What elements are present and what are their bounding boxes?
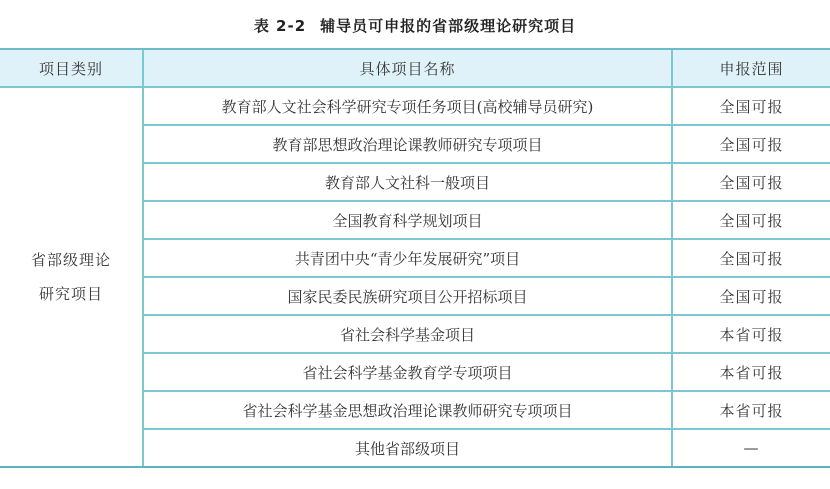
scope-cell: —	[672, 429, 830, 467]
scope-cell: 全国可报	[672, 125, 830, 163]
projects-table: 项目类别 具体项目名称 申报范围 省部级理论 研究项目 教育部人文社会科学研究专…	[0, 48, 830, 468]
header-project-name: 具体项目名称	[143, 49, 672, 87]
project-name-cell: 其他省部级项目	[143, 429, 672, 467]
project-name-cell: 教育部人文社科一般项目	[143, 163, 672, 201]
project-name-cell: 省社会科学基金教育学专项项目	[143, 353, 672, 391]
scope-cell: 全国可报	[672, 163, 830, 201]
category-cell: 省部级理论 研究项目	[0, 87, 143, 467]
scope-cell: 全国可报	[672, 277, 830, 315]
scope-cell: 全国可报	[672, 87, 830, 125]
project-name-cell: 国家民委民族研究项目公开招标项目	[143, 277, 672, 315]
scope-cell: 本省可报	[672, 315, 830, 353]
project-name-cell: 教育部人文社会科学研究专项任务项目(高校辅导员研究)	[143, 87, 672, 125]
header-scope: 申报范围	[672, 49, 830, 87]
scope-cell: 本省可报	[672, 353, 830, 391]
project-name-cell: 教育部思想政治理论课教师研究专项项目	[143, 125, 672, 163]
project-name-cell: 共青团中央“青少年发展研究”项目	[143, 239, 672, 277]
scope-cell: 本省可报	[672, 391, 830, 429]
project-name-cell: 省社会科学基金思想政治理论课教师研究专项项目	[143, 391, 672, 429]
table-title: 辅导员可申报的省部级理论研究项目	[320, 17, 576, 35]
category-line-1: 省部级理论	[0, 243, 142, 277]
project-name-cell: 省社会科学基金项目	[143, 315, 672, 353]
project-name-cell: 全国教育科学规划项目	[143, 201, 672, 239]
category-line-2: 研究项目	[0, 277, 142, 311]
table-header-row: 项目类别 具体项目名称 申报范围	[0, 49, 830, 87]
table-row: 省部级理论 研究项目 教育部人文社会科学研究专项任务项目(高校辅导员研究) 全国…	[0, 87, 830, 125]
header-category: 项目类别	[0, 49, 143, 87]
scope-cell: 全国可报	[672, 239, 830, 277]
scope-cell: 全国可报	[672, 201, 830, 239]
table-caption: 表 2-2辅导员可申报的省部级理论研究项目	[0, 15, 830, 36]
table-number: 表 2-2	[254, 17, 306, 35]
